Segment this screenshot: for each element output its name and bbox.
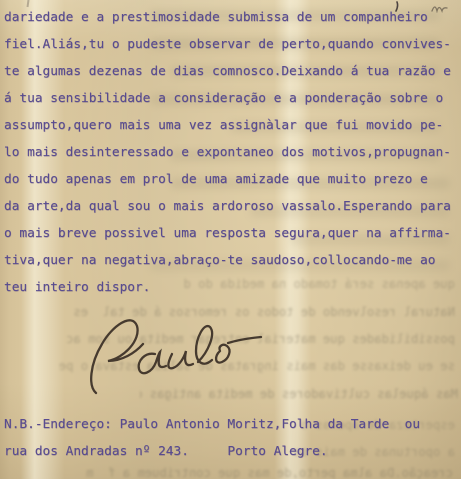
note-line: N.B.-Endereço: Paulo Antonio Moritz,Folh… xyxy=(4,411,420,438)
letter-line: te algumas dezenas de dias comnosco.Deix… xyxy=(4,58,451,85)
letter-line: á tua sensibilidade a consideração e a p… xyxy=(4,85,451,112)
letter-line: da arte,da qual sou o mais ardoroso vass… xyxy=(4,193,451,220)
signature xyxy=(80,298,270,406)
letter-line: fiel.Aliás,tu o pudeste observar de pert… xyxy=(4,31,451,58)
note-line: rua dos Andradas nº 243. Porto Alegre. xyxy=(4,438,420,465)
letter-line: teu inteiro dispor. xyxy=(4,274,451,301)
letter-body: dariedade e a prestimosidade submissa de… xyxy=(4,4,451,301)
letter-line: assumpto,quero mais uma vez assignàlar q… xyxy=(4,112,451,139)
letter-line: lo mais desinteressado e expontaneo dos … xyxy=(4,139,451,166)
letter-line: tiva,quer na negativa,abraço-te saudoso,… xyxy=(4,247,451,274)
bleedthrough-line: creação.Da alma perto,de mas que contrib… xyxy=(8,466,453,479)
letter-page: que apenas será tomado na medida do dNat… xyxy=(0,0,461,479)
letter-line: o mais breve possivel uma resposta segur… xyxy=(4,220,451,247)
letter-line: dariedade e a prestimosidade submissa de… xyxy=(4,4,451,31)
letter-line: do tudo apenas em prol de uma amizade qu… xyxy=(4,166,451,193)
postscript-note: N.B.-Endereço: Paulo Antonio Moritz,Folh… xyxy=(4,411,420,465)
